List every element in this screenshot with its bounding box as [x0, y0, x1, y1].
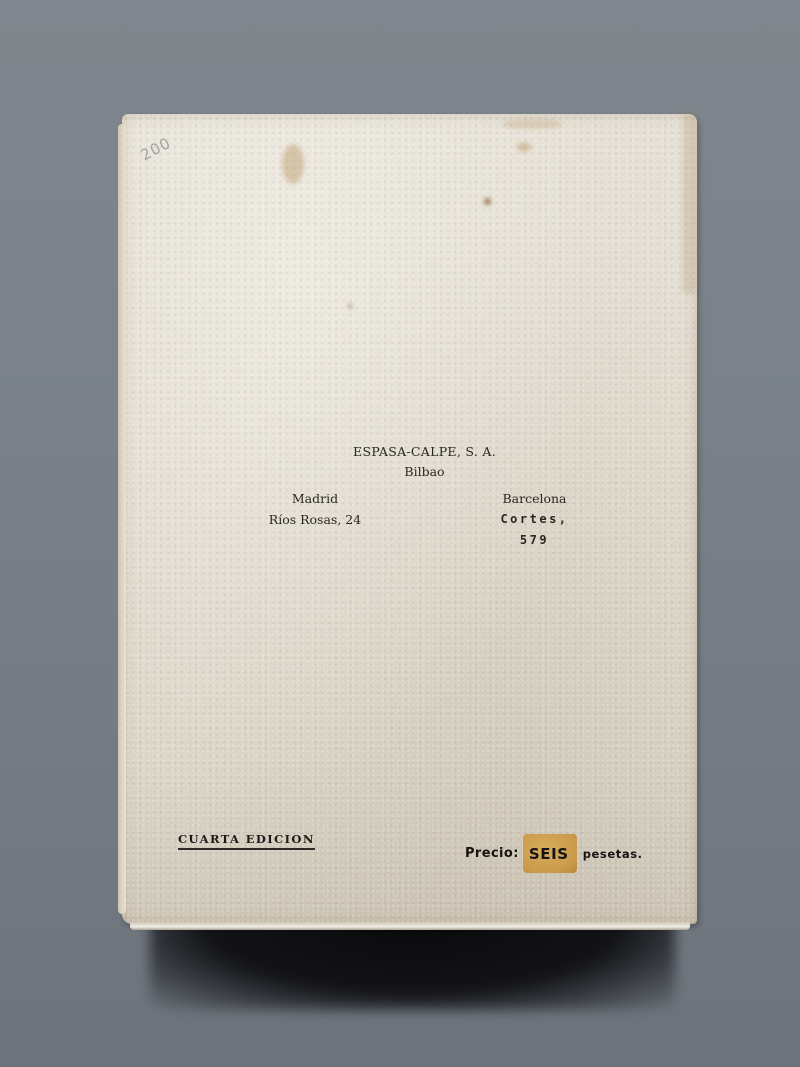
office-barcelona: Barcelona Cortes, 579	[482, 488, 587, 530]
price-line: Precio: SEIS pesetas.	[465, 834, 643, 873]
cover-left-edge	[118, 124, 126, 914]
cover-bottom-edge	[130, 922, 690, 930]
foxing-spot	[348, 304, 352, 308]
publisher-name: ESPASA-CALPE, S. A.	[152, 444, 697, 459]
pencil-note: 200	[138, 134, 174, 165]
office-city: Madrid	[260, 488, 370, 509]
office-madrid: Madrid Ríos Rosas, 24	[260, 488, 370, 530]
edition-label: CUARTA EDICION	[178, 832, 315, 850]
foxing-spot	[484, 198, 491, 205]
edge-discoloration	[682, 114, 696, 294]
office-address: Cortes, 579	[482, 509, 587, 530]
price-sticker: SEIS	[523, 834, 577, 873]
office-address: Ríos Rosas, 24	[260, 509, 370, 530]
book-back-cover: 200 ESPASA-CALPE, S. A. Bilbao Madrid Rí…	[122, 114, 697, 924]
price-label: Precio:	[465, 846, 519, 861]
publisher-main-city: Bilbao	[152, 464, 697, 479]
foxing-stain	[502, 119, 562, 129]
foxing-stain	[282, 144, 304, 184]
publisher-imprint: ESPASA-CALPE, S. A. Bilbao Madrid Ríos R…	[122, 444, 697, 479]
office-city: Barcelona	[482, 488, 587, 509]
foxing-stain	[517, 142, 531, 152]
price-unit: pesetas.	[583, 847, 643, 861]
